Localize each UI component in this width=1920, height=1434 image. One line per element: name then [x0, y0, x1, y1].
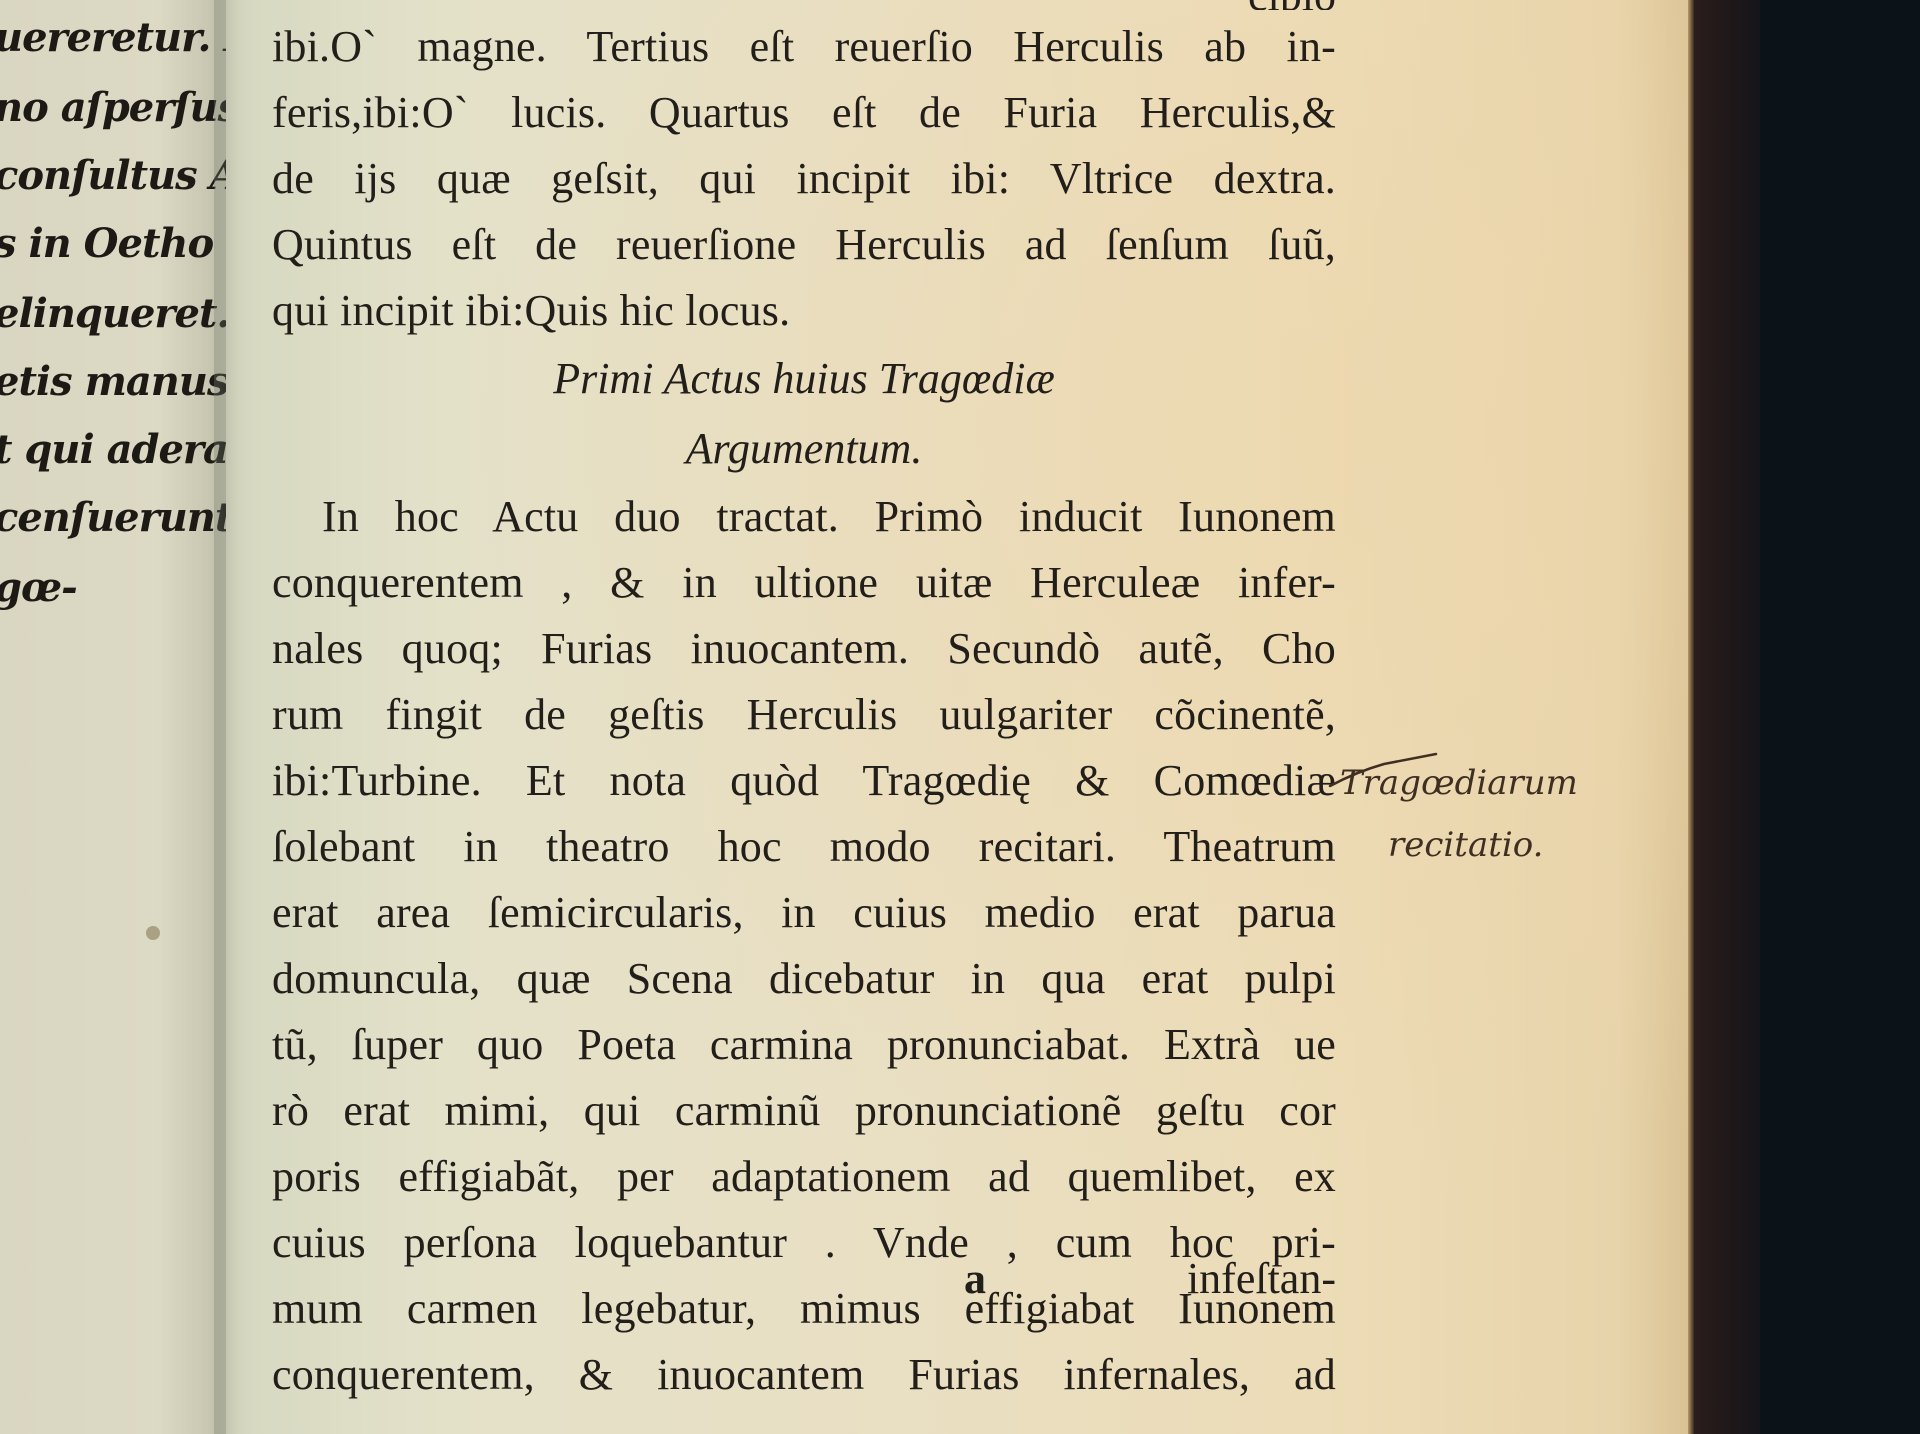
- cut-off-line: cipio: [272, 0, 1336, 10]
- marginal-note-line: Tragœdiarum: [1340, 752, 1578, 814]
- text-line: domuncula, quæ Scena dicebatur in qua er…: [272, 946, 1336, 1012]
- book-cover-edge: [1694, 0, 1760, 1434]
- text-line: de ijs quæ geſsit, qui incipit ibi: Vltr…: [272, 146, 1336, 212]
- text-line: Quintus eſt de reuerſione Herculis ad ſe…: [272, 212, 1336, 278]
- left-page-line: gœ-: [0, 564, 77, 611]
- text-line: poris effigiabãt, per adaptationem ad qu…: [272, 1144, 1336, 1210]
- text-line: qui incipit ibi:Quis hic locus.: [272, 278, 1336, 344]
- handwritten-marginal-note: Tragœdiarum recitatio.: [1340, 752, 1578, 876]
- text-line: erat area ſemicircularis, in cuius medio…: [272, 880, 1336, 946]
- section-heading: Primi Actus huius Tragœdiæ: [272, 344, 1336, 414]
- signature-mark: a: [964, 1246, 986, 1312]
- text-line: rum fingit de geſtis Herculis uulgariter…: [272, 682, 1336, 748]
- text-line: tũ, ſuper quo Poeta carmina pronunciabat…: [272, 1012, 1336, 1078]
- left-page-line: no aſperſus,le: [0, 84, 226, 131]
- book-photo: uereretur. Ea no aſperſus,le conſultus A…: [0, 0, 1920, 1434]
- text-line: conquerentem, & inuocantem Furias infern…: [272, 1342, 1336, 1408]
- catchword: infeſtan-: [1187, 1246, 1336, 1312]
- left-page-line: s in Oetho mo: [0, 220, 226, 267]
- paper-stain: [146, 926, 160, 940]
- text-line: ibi:Turbine. Et nota quòd Tragœdię & Com…: [272, 748, 1336, 814]
- section-subheading: Argumentum.: [272, 414, 1336, 484]
- page-text: ibi.O` magne. Tertius eſt reuerſio Hercu…: [272, 14, 1336, 1408]
- text-line: nales quoq; Furias inuocantem. Secundò a…: [272, 616, 1336, 682]
- left-page-line: etis manus ad: [0, 358, 226, 405]
- left-page-line: cenſuerunt.: [0, 494, 226, 541]
- text-line: In hoc Actu duo tractat. Primò inducit I…: [272, 484, 1336, 550]
- left-page-line: elinqueret. Co: [0, 290, 226, 337]
- text-line: conquerentem , & in ultione uitæ Hercule…: [272, 550, 1336, 616]
- left-page-line: uereretur. Ea: [0, 14, 226, 61]
- left-page-line: t qui aderant,: [0, 426, 226, 473]
- dark-background: [1760, 0, 1920, 1434]
- left-page: uereretur. Ea no aſperſus,le conſultus A…: [0, 0, 226, 1434]
- page-footer: a infeſtan-: [272, 1246, 1336, 1312]
- text-line: ibi.O` magne. Tertius eſt reuerſio Hercu…: [272, 14, 1336, 80]
- text-line: rò erat mimi, qui carminũ pronunciationẽ…: [272, 1078, 1336, 1144]
- text-line: feris,ibi:O` lucis. Quartus eſt de Furia…: [272, 80, 1336, 146]
- marginal-note-line: recitatio.: [1340, 814, 1578, 876]
- left-page-line: conſultus Apo: [0, 152, 226, 199]
- text-line: ſolebant in theatro hoc modo recitari. T…: [272, 814, 1336, 880]
- gutter-shadow: [214, 0, 254, 1434]
